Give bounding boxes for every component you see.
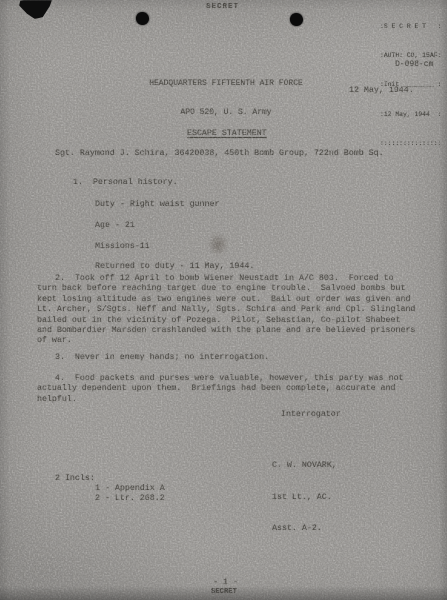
stamp-line-border: :::::::::::::::: (380, 139, 441, 149)
ink-blot (19, 0, 52, 19)
paragraph-3: 3. Never in enemy hands; no interrogatio… (37, 353, 437, 363)
section-1-missions: Missions-11 (95, 242, 150, 252)
section-1-age: Age - 21 (95, 221, 135, 231)
document-title: ESCAPE STATEMENT (187, 129, 267, 139)
fingerprint-smudge (208, 233, 228, 256)
signature-block: C. W. NOVARK, 1st Lt., AC. Asst. A-2. (272, 440, 337, 556)
signature-role: Interrogator (281, 410, 341, 420)
letterhead-address: APO 520, U. S. Army (145, 108, 307, 118)
stamp-line-secret: :S E C R E T : (380, 22, 441, 32)
enclosure-item-2: 2 - Ltr. 268.2 (95, 494, 165, 504)
section-1-heading: 1. Personal history. (73, 178, 178, 188)
signature-position: Asst. A-2. (272, 524, 337, 535)
letterhead: HEADQUARTERS FIFTEENTH AIR FORCE APO 520… (145, 60, 307, 137)
enclosures-label: 2 Incls: (55, 474, 95, 484)
punch-hole-right (290, 13, 303, 26)
paragraph-4: 4. Food packets and purses were valuable… (37, 374, 437, 405)
reference-number: D-098-cm (395, 60, 433, 70)
signature-rank: 1st Lt., AC. (272, 493, 337, 504)
subject-line: Sgt. Raymond J. Schira, 36420038, 450th … (55, 149, 384, 159)
punch-hole-left (136, 12, 149, 25)
document-page: SECRET :S E C R E T : :AUTH: CO, 15AF: :… (0, 0, 447, 600)
section-1-duty: Duty - Right waist gunner (95, 200, 219, 210)
paragraph-2: 2. Took off 12 April to bomb Wiener Neus… (37, 274, 437, 347)
document-date: 12 May, 1944. (349, 86, 414, 96)
letterhead-unit: HEADQUARTERS FIFTEENTH AIR FORCE (145, 79, 307, 89)
stamp-line-date: :12 May, 1944 : (380, 110, 441, 120)
signature-name: C. W. NOVARK, (272, 461, 337, 472)
enclosure-item-1: 1 - Appendix A (95, 484, 165, 494)
section-1-returned: Returned to duty - 11 May, 1944. (95, 262, 254, 272)
classification-stamp-top: SECRET (206, 2, 239, 12)
classification-stamp-bottom: SECRET (211, 587, 237, 597)
